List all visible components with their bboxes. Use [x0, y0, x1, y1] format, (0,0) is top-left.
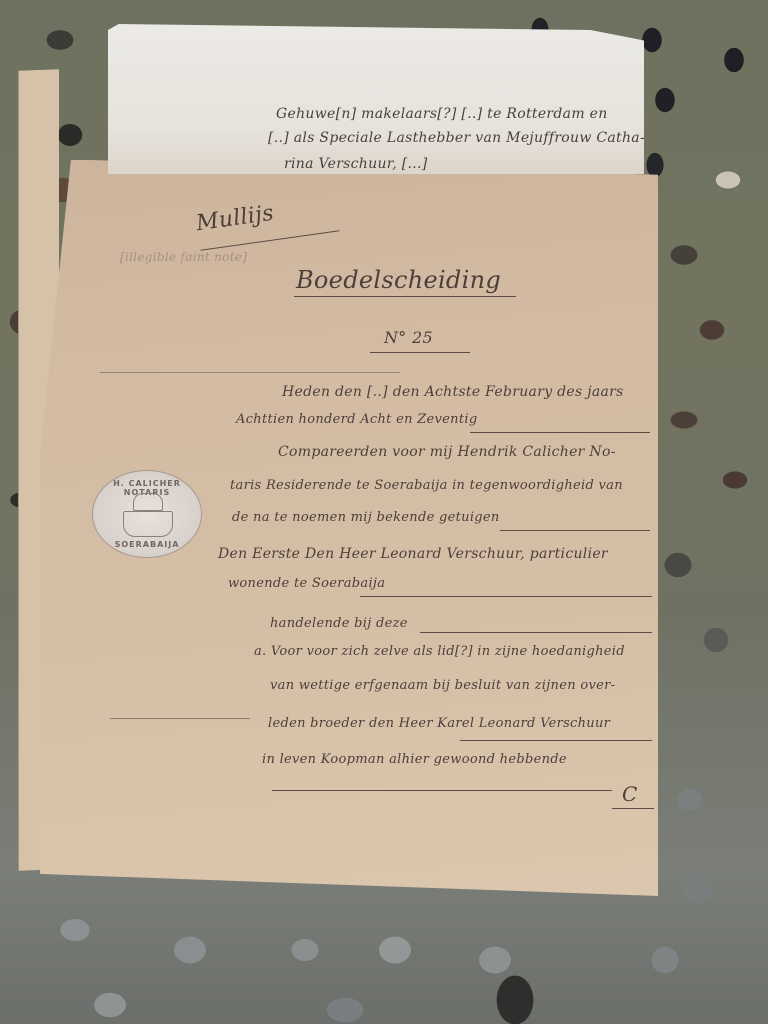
flap-line-3: rina Verschuur, [...]: [284, 156, 428, 172]
flap-line-1: Gehuwe[n] makelaars[?] [..] te Rotterdam…: [276, 106, 608, 122]
body-line-12: in leven Koopman alhier gewoond hebbende: [262, 752, 567, 767]
margin-note: [illegible faint note]: [120, 250, 247, 264]
document-title: Boedelscheiding: [296, 266, 501, 294]
number-underline: [370, 352, 470, 353]
body-line-8: handelende bij deze: [270, 616, 408, 631]
body-line-5: de na te noemen mij bekende getuigen: [232, 510, 500, 525]
crown-icon: [133, 493, 163, 511]
ruled-line: [360, 596, 652, 597]
body-line-10: van wettige erfgenaam bij besluit van zi…: [270, 678, 615, 693]
ruled-line: [500, 530, 650, 531]
body-line-9: a. Voor voor zich zelve als lid[?] in zi…: [254, 644, 625, 659]
ruled-line: [470, 432, 650, 433]
flap-line-2: [..] als Speciale Lasthebber van Mejuffr…: [268, 130, 645, 146]
ruled-line: [420, 632, 652, 633]
coat-of-arms-icon: [123, 511, 173, 537]
document-number: N° 25: [384, 328, 433, 347]
folded-cover-flap: Gehuwe[n] makelaars[?] [..] te Rotterdam…: [108, 24, 644, 174]
ruled-line: [110, 718, 250, 719]
body-line-1: Heden den [..] den Achtste February des …: [282, 384, 624, 400]
ruled-line: [612, 808, 654, 809]
title-underline: [294, 296, 516, 297]
ruled-line: [272, 790, 612, 791]
notary-seal-stamp: H. CALICHER NOTARIS SOERABAIJA: [92, 470, 202, 558]
body-line-7: wonende te Soerabaija: [228, 576, 385, 591]
body-line-3: Compareerden voor mij Hendrik Calicher N…: [278, 444, 616, 460]
body-line-4: taris Residerende te Soerabaija in tegen…: [230, 478, 623, 493]
ruled-line: [100, 372, 400, 373]
body-line-6: Den Eerste Den Heer Leonard Verschuur, p…: [218, 546, 608, 562]
corner-mark: C: [622, 782, 638, 806]
body-line-11: leden broeder den Heer Karel Leonard Ver…: [268, 716, 610, 731]
seal-bottom-text: SOERABAIJA: [93, 540, 201, 549]
ruled-line: [460, 740, 652, 741]
body-line-2: Achttien honderd Acht en Zeventig: [236, 412, 477, 427]
